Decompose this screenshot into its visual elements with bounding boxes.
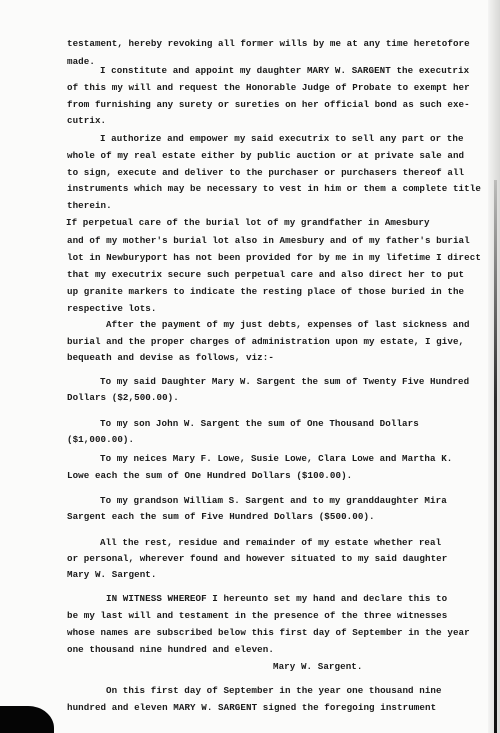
text-line: from furnishing any surety or sureties o… — [67, 99, 470, 110]
text-line: up granite markers to indicate the resti… — [67, 286, 464, 297]
text-line: testament, hereby revoking all former wi… — [67, 38, 470, 49]
text-line: bequeath and devise as follows, viz:- — [67, 352, 274, 363]
text-line: be my last will and testament in the pre… — [67, 610, 447, 621]
text-line: I constitute and appoint my daughter MAR… — [100, 65, 469, 76]
text-line: burial and the proper charges of adminis… — [67, 336, 464, 347]
bequest-line: Lowe each the sum of One Hundred Dollars… — [67, 470, 352, 481]
text-line: made. — [67, 56, 95, 67]
document-page: testament, hereby revoking all former wi… — [0, 0, 500, 733]
text-line: If perpetual care of the burial lot of m… — [66, 217, 430, 228]
text-line: whose names are subscribed below this fi… — [67, 627, 470, 638]
scan-artifact-blob — [0, 706, 54, 733]
text-line: therein. — [67, 200, 112, 211]
text-line: hundred and eleven MARY W. SARGENT signe… — [67, 702, 436, 713]
text-line: and of my mother's burial lot also in Am… — [67, 235, 470, 246]
text-line: one thousand nine hundred and eleven. — [67, 644, 274, 655]
text-line: whole of my real estate either by public… — [67, 150, 464, 161]
text-line: After the payment of my just debts, expe… — [106, 319, 470, 330]
text-line: On this first day of September in the ye… — [106, 685, 442, 696]
text-line: IN WITNESS WHEREOF I hereunto set my han… — [106, 593, 447, 604]
bequest-line: To my grandson William S. Sargent and to… — [100, 495, 447, 506]
signature-line: Mary W. Sargent. — [273, 661, 363, 672]
text-line: respective lots. — [67, 303, 157, 314]
bequest-line: Dollars ($2,500.00). — [67, 392, 179, 403]
bequest-line: To my said Daughter Mary W. Sargent the … — [100, 376, 469, 387]
text-line: lot in Newburyport has not been provided… — [67, 252, 481, 263]
bequest-line: To my neices Mary F. Lowe, Susie Lowe, C… — [100, 453, 452, 464]
scan-binding-shadow — [494, 180, 497, 733]
text-line: I authorize and empower my said executri… — [100, 133, 464, 144]
text-line: Mary W. Sargent. — [67, 569, 157, 580]
text-line: to sign, execute and deliver to the purc… — [67, 167, 464, 178]
text-line: instruments which may be necessary to ve… — [67, 183, 481, 194]
bequest-line: Sargent each the sum of Five Hundred Dol… — [67, 511, 375, 522]
text-line: All the rest, residue and remainder of m… — [100, 537, 441, 548]
text-line: of this my will and request the Honorabl… — [67, 82, 470, 93]
text-line: cutrix. — [67, 115, 106, 126]
bequest-line: To my son John W. Sargent the sum of One… — [100, 418, 419, 429]
text-line: or personal, wherever found and however … — [67, 553, 447, 564]
bequest-line: ($1,000.00). — [67, 434, 134, 445]
text-line: that my executrix secure such perpetual … — [67, 269, 464, 280]
